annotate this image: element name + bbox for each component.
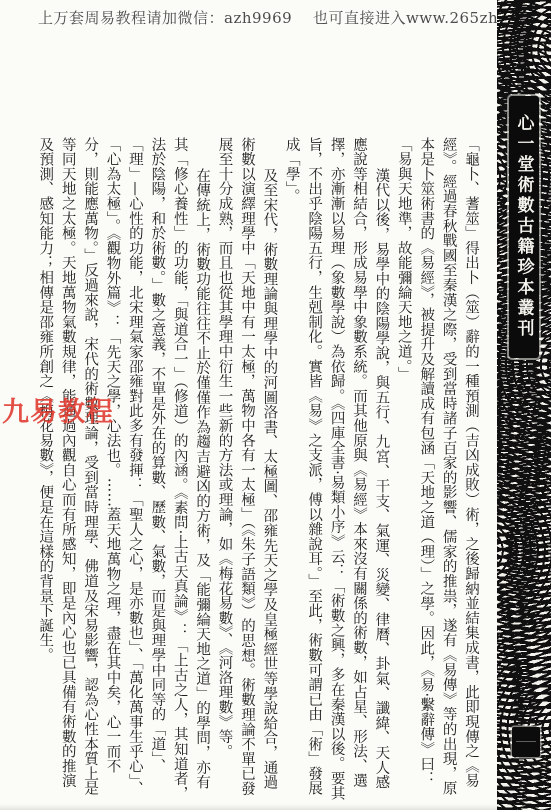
series-title: 心一堂術數古籍珍本叢刊 — [512, 114, 537, 340]
body-paragraph: 漢代以後，易學中的陰陽學說，與五行、九宮、干支、氣運、災變、律曆、卦氣、讖緯、天… — [280, 137, 392, 801]
body-paragraph: 在傳統上，術數功能往往不止於僅僅作為趨吉避凶的方術，及「能彌綸天地之道」的學問，… — [34, 137, 213, 801]
seal-box — [512, 727, 540, 757]
body-paragraph: 「龜卜、蓍筮」得出卜（筮）辭的一種預測（吉凶成敗）術，之後歸納並結集成書，此即現… — [392, 137, 482, 801]
series-title-cartouche: 心一堂術數古籍珍本叢刊 — [509, 96, 539, 358]
watermark-text: 九易教程 — [2, 390, 114, 429]
body-paragraph: 及至宋代，術數理論與理學中的河圖洛書、太極圖、邵雍先天之學及皇極經世等學說給合，… — [213, 137, 280, 801]
decorative-side-strip: 心一堂術數古籍珍本叢刊 — [497, 0, 551, 810]
header-promo-text: 上万套周易教程请加微信：azh9969 也可直接进入www.265zhouyiw… — [38, 7, 482, 28]
scan-edge-shadow — [0, 804, 497, 810]
scanned-book-page: 上万套周易教程请加微信：azh9969 也可直接进入www.265zhouyiw… — [0, 0, 551, 810]
body-text-block: 「龜卜、蓍筮」得出卜（筮）辭的一種預測（吉凶成敗）術，之後歸納並結集成書，此即現… — [34, 137, 482, 801]
